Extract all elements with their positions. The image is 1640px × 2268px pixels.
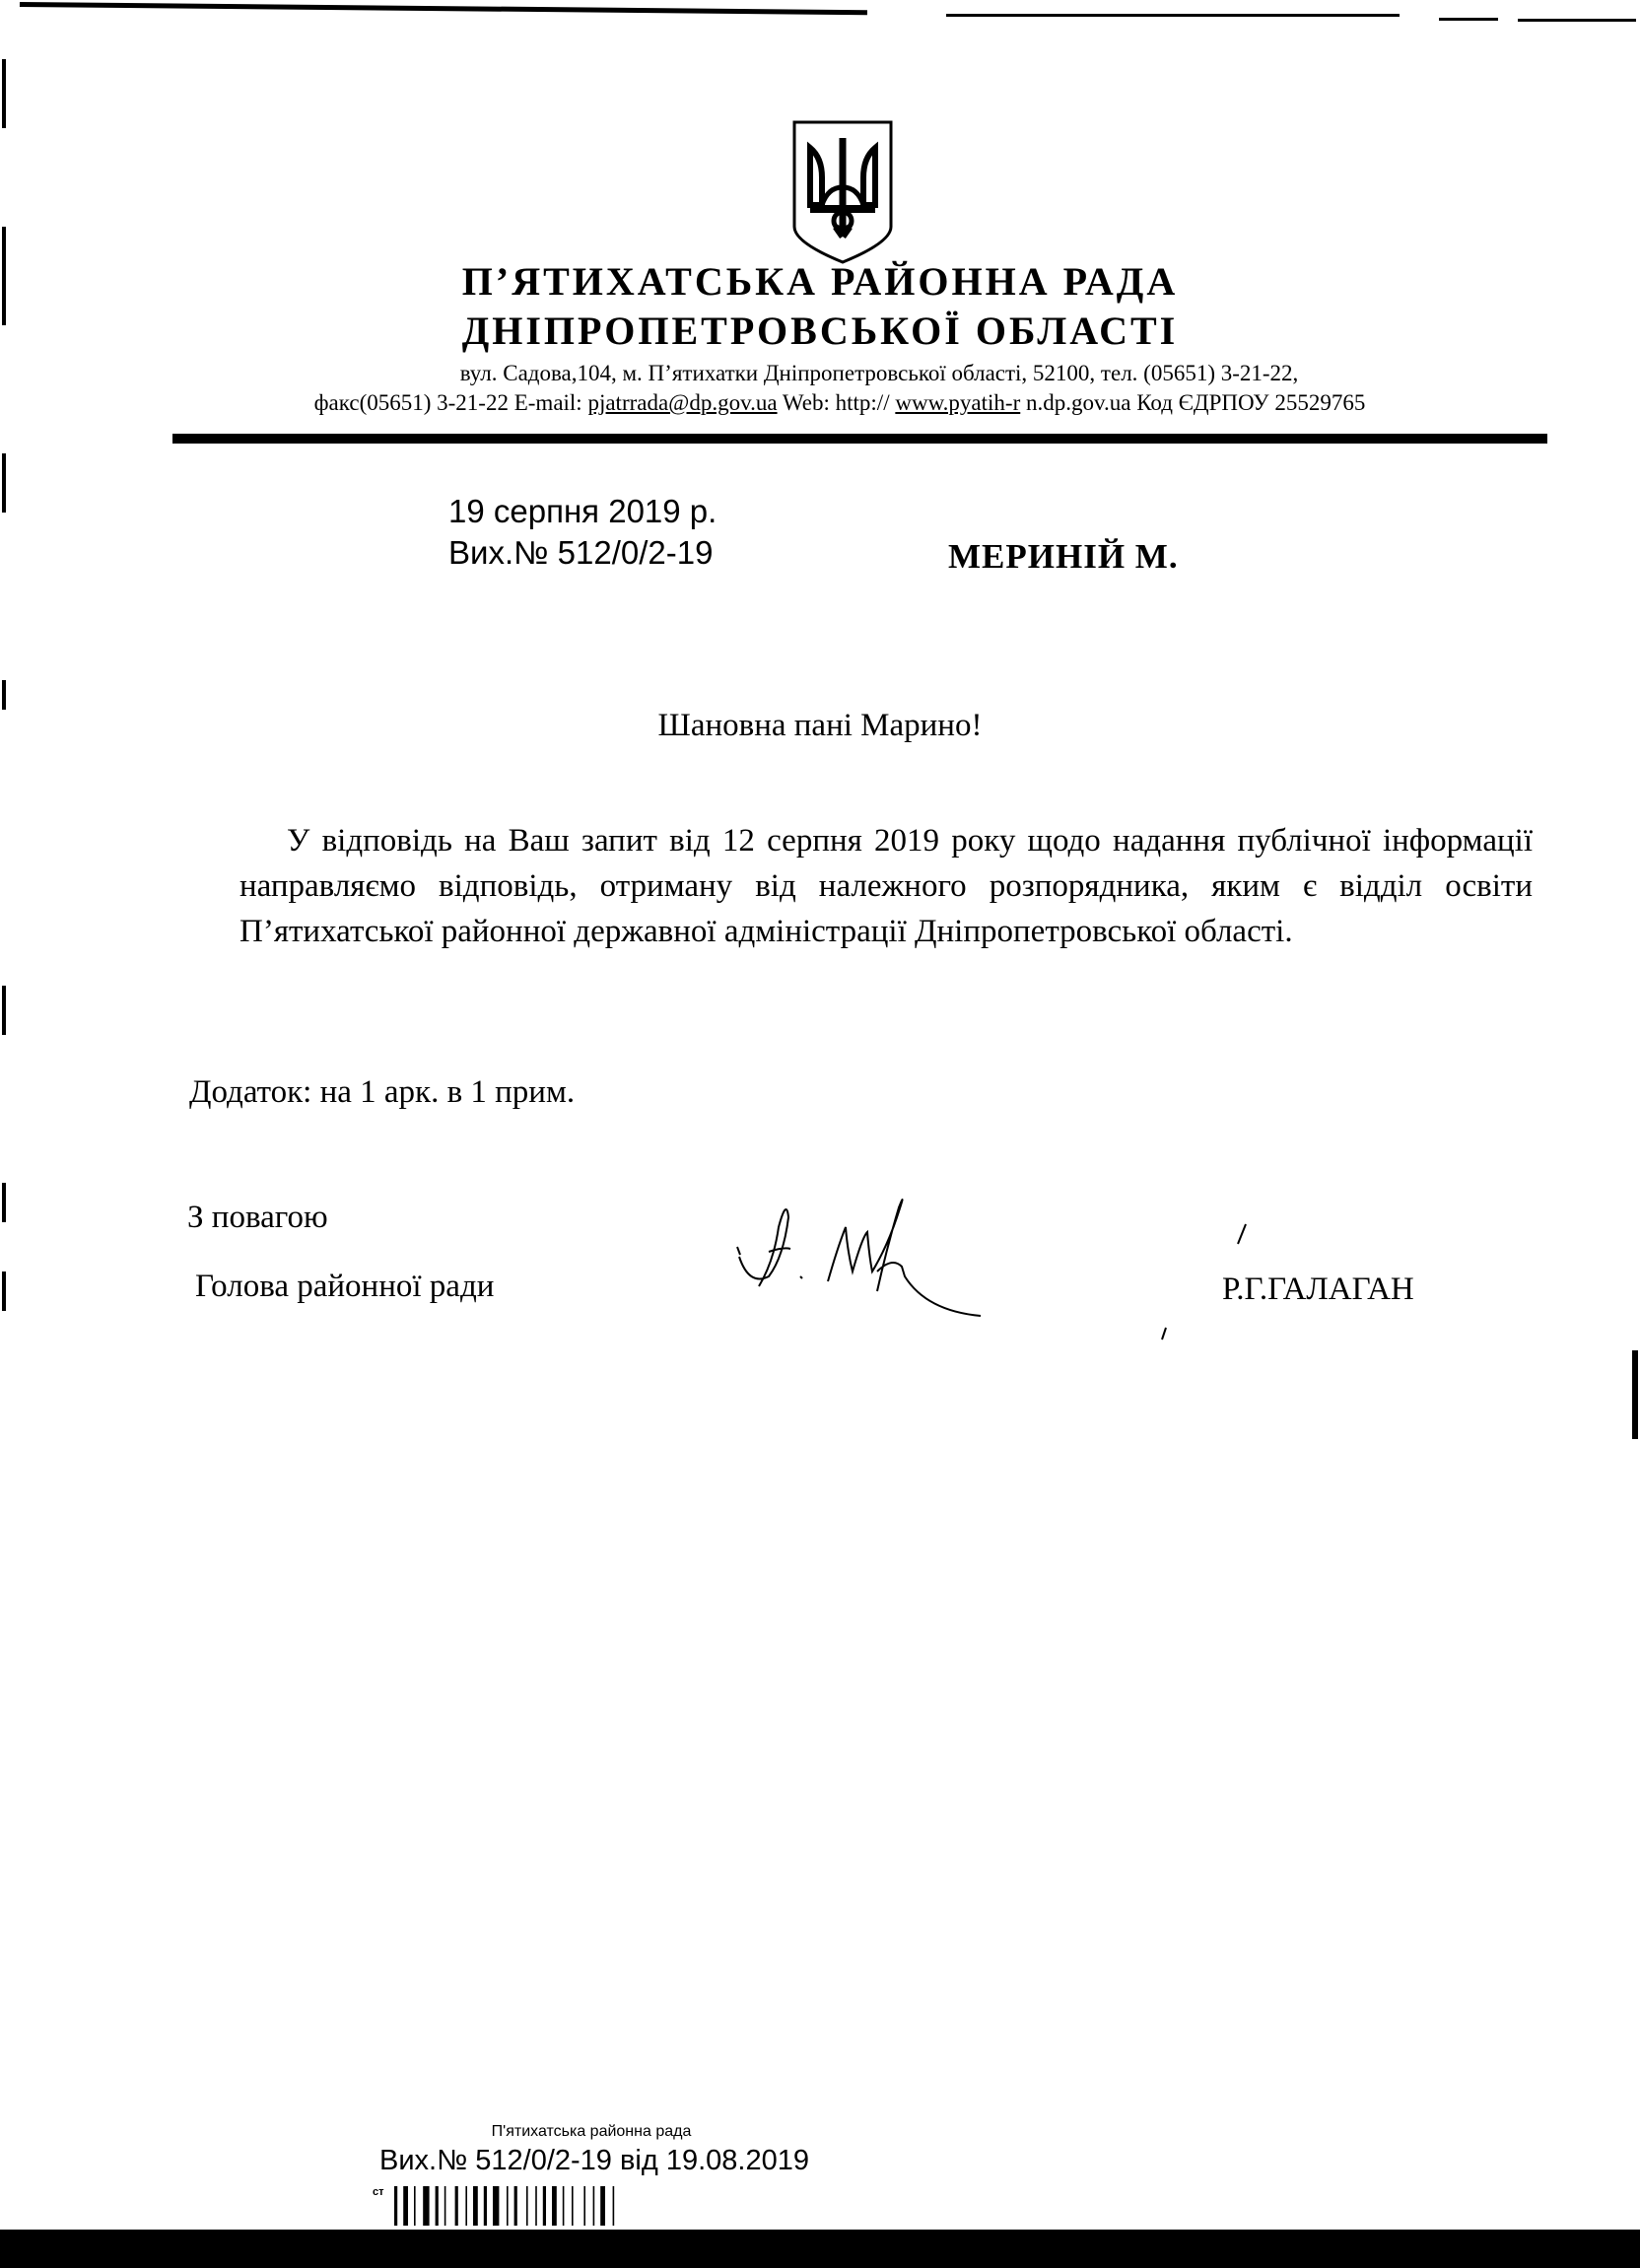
- contacts-line: факс(05651) 3-21-22 E-mail: pjatrrada@dp…: [20, 388, 1640, 418]
- barcode: [394, 2186, 808, 2226]
- stamp-org: П'ятихатська районна рада: [0, 2123, 1183, 2141]
- trident-coat-of-arms-icon: [788, 118, 897, 266]
- attachment-note: Додаток: на 1 арк. в 1 прим.: [189, 1074, 575, 1111]
- scan-edge-mark: [2, 680, 6, 710]
- pen-mark: [1232, 1222, 1252, 1247]
- fax-label: факс(05651) 3-21-22 E-mail:: [314, 390, 588, 415]
- website-link[interactable]: www.pyatih-r: [895, 390, 1020, 415]
- email-link[interactable]: pjatrrada@dp.gov.ua: [587, 390, 777, 415]
- salutation: Шановна пані Марино!: [0, 708, 1640, 744]
- scan-bottom-border: [0, 2230, 1640, 2268]
- org-name-line1: П’ЯТИХАТСЬКА РАЙОННА РАДА: [0, 258, 1640, 305]
- scan-edge-mark: [2, 1271, 6, 1311]
- stamp-number: Вих.№ 512/0/2-19 від 19.08.2019: [379, 2145, 809, 2177]
- pen-mark: [1158, 1326, 1170, 1341]
- letter-body: У відповідь на Ваш запит від 12 серпня 2…: [239, 818, 1533, 954]
- scan-artifact-line: [946, 14, 1400, 17]
- web-label: Web: http://: [778, 390, 896, 415]
- org-name-line2: ДНІПРОПЕТРОВСЬКОЇ ОБЛАСТІ: [0, 308, 1640, 354]
- letter-date: 19 серпня 2019 р.: [448, 493, 717, 530]
- scan-artifact-line: [1518, 19, 1636, 22]
- signer-position: Голова районної ради: [195, 1269, 494, 1305]
- scan-artifact-line: [20, 2, 867, 15]
- outgoing-number: Вих.№ 512/0/2-19: [448, 534, 713, 572]
- stamp-code-prefix: ст: [373, 2186, 384, 2198]
- signer-name: Р.Г.ГАЛАГАН: [1222, 1271, 1414, 1308]
- letterhead-divider: [172, 434, 1547, 444]
- scan-edge-mark: [2, 59, 6, 128]
- recipient-name: МЕРИНІЙ М.: [948, 537, 1179, 577]
- closing: З повагою: [187, 1200, 328, 1236]
- scan-artifact-line: [1439, 18, 1498, 21]
- edrpou-code: n.dp.gov.ua Код ЄДРПОУ 25529765: [1020, 390, 1365, 415]
- address-line: вул. Садова,104, м. П’ятихатки Дніпропет…: [59, 359, 1640, 388]
- scan-edge-mark: [2, 986, 6, 1035]
- scan-edge-mark: [2, 1183, 6, 1222]
- handwritten-signature: [729, 1178, 1064, 1326]
- scan-edge-mark: [1632, 1350, 1638, 1439]
- scan-edge-mark: [2, 453, 6, 513]
